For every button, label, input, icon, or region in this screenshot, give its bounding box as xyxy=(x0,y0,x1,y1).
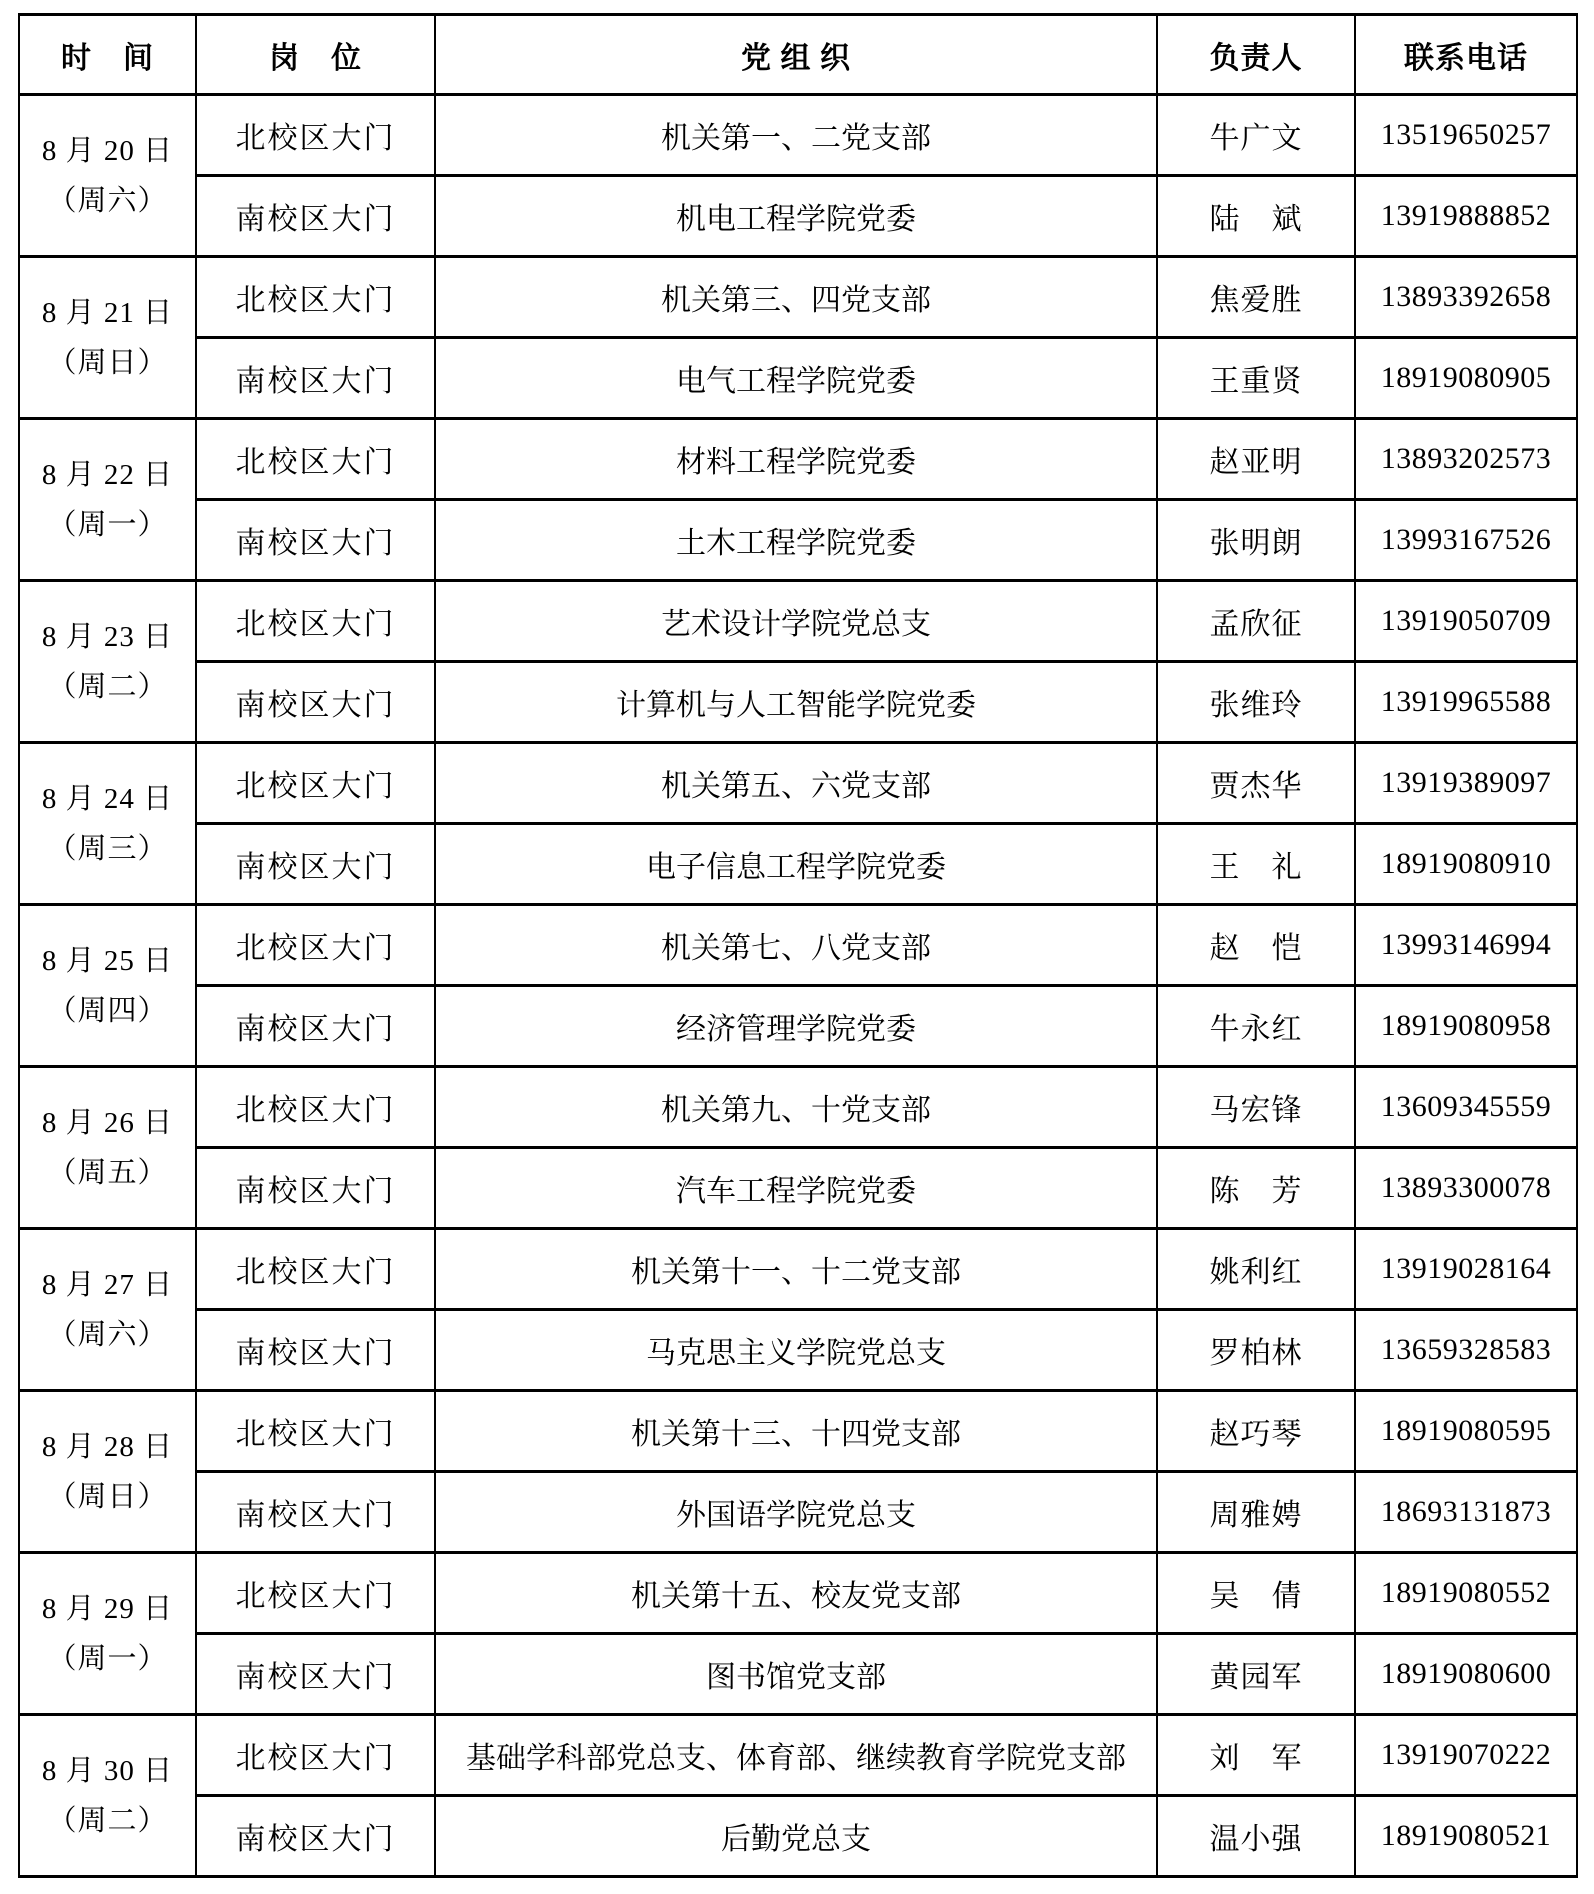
table-row: 南校区大门后勤党总支温小强18919080521 xyxy=(19,1796,1577,1877)
post-cell: 南校区大门 xyxy=(196,1148,435,1229)
weekday-text: （周日） xyxy=(20,338,195,388)
header-cell-person: 负责人 xyxy=(1157,15,1355,95)
time-cell: 8 月 30 日（周二） xyxy=(19,1715,196,1877)
table-row: 8 月 26 日（周五）北校区大门机关第九、十党支部马宏锋13609345559 xyxy=(19,1067,1577,1148)
person-cell: 贾杰华 xyxy=(1157,743,1355,824)
org-cell: 经济管理学院党委 xyxy=(435,986,1157,1067)
post-cell: 南校区大门 xyxy=(196,500,435,581)
phone-cell: 13519650257 xyxy=(1355,95,1577,176)
post-cell: 北校区大门 xyxy=(196,1229,435,1310)
phone-cell: 13609345559 xyxy=(1355,1067,1577,1148)
time-cell: 8 月 29 日（周一） xyxy=(19,1553,196,1715)
person-cell: 刘 军 xyxy=(1157,1715,1355,1796)
phone-cell: 13893392658 xyxy=(1355,257,1577,338)
org-cell: 图书馆党支部 xyxy=(435,1634,1157,1715)
org-cell: 基础学科部党总支、体育部、继续教育学院党支部 xyxy=(435,1715,1157,1796)
person-cell: 陈 芳 xyxy=(1157,1148,1355,1229)
person-cell: 姚利红 xyxy=(1157,1229,1355,1310)
phone-cell: 13919028164 xyxy=(1355,1229,1577,1310)
org-cell: 机关第九、十党支部 xyxy=(435,1067,1157,1148)
post-cell: 北校区大门 xyxy=(196,419,435,500)
post-cell: 北校区大门 xyxy=(196,743,435,824)
time-cell: 8 月 27 日（周六） xyxy=(19,1229,196,1391)
table-row: 南校区大门经济管理学院党委牛永红18919080958 xyxy=(19,986,1577,1067)
phone-cell: 18919080905 xyxy=(1355,338,1577,419)
post-cell: 南校区大门 xyxy=(196,1796,435,1877)
org-cell: 艺术设计学院党总支 xyxy=(435,581,1157,662)
org-cell: 机关第十一、十二党支部 xyxy=(435,1229,1157,1310)
date-text: 8 月 28 日 xyxy=(20,1422,195,1472)
org-cell: 后勤党总支 xyxy=(435,1796,1157,1877)
post-cell: 北校区大门 xyxy=(196,95,435,176)
table-row: 南校区大门土木工程学院党委张明朗13993167526 xyxy=(19,500,1577,581)
person-cell: 焦爱胜 xyxy=(1157,257,1355,338)
person-cell: 周雅娉 xyxy=(1157,1472,1355,1553)
person-cell: 马宏锋 xyxy=(1157,1067,1355,1148)
org-cell: 材料工程学院党委 xyxy=(435,419,1157,500)
post-cell: 北校区大门 xyxy=(196,1553,435,1634)
person-cell: 赵 恺 xyxy=(1157,905,1355,986)
org-cell: 机电工程学院党委 xyxy=(435,176,1157,257)
org-cell: 机关第五、六党支部 xyxy=(435,743,1157,824)
org-cell: 马克思主义学院党总支 xyxy=(435,1310,1157,1391)
phone-cell: 18919080595 xyxy=(1355,1391,1577,1472)
table-row: 8 月 29 日（周一）北校区大门机关第十五、校友党支部吴 倩189190805… xyxy=(19,1553,1577,1634)
table-row: 8 月 30 日（周二）北校区大门基础学科部党总支、体育部、继续教育学院党支部刘… xyxy=(19,1715,1577,1796)
header-cell-phone: 联系电话 xyxy=(1355,15,1577,95)
time-cell: 8 月 26 日（周五） xyxy=(19,1067,196,1229)
table-row: 8 月 28 日（周日）北校区大门机关第十三、十四党支部赵巧琴189190805… xyxy=(19,1391,1577,1472)
post-cell: 南校区大门 xyxy=(196,1472,435,1553)
org-cell: 电气工程学院党委 xyxy=(435,338,1157,419)
phone-cell: 13919965588 xyxy=(1355,662,1577,743)
phone-cell: 13919070222 xyxy=(1355,1715,1577,1796)
phone-cell: 18919080910 xyxy=(1355,824,1577,905)
header-cell-time: 时 间 xyxy=(19,15,196,95)
time-cell: 8 月 23 日（周二） xyxy=(19,581,196,743)
date-text: 8 月 20 日 xyxy=(20,126,195,176)
post-cell: 北校区大门 xyxy=(196,905,435,986)
person-cell: 牛永红 xyxy=(1157,986,1355,1067)
post-cell: 南校区大门 xyxy=(196,662,435,743)
time-cell: 8 月 24 日（周三） xyxy=(19,743,196,905)
table-row: 南校区大门汽车工程学院党委陈 芳13893300078 xyxy=(19,1148,1577,1229)
weekday-text: （周六） xyxy=(20,1310,195,1360)
date-text: 8 月 21 日 xyxy=(20,288,195,338)
table-row: 南校区大门图书馆党支部黄园军18919080600 xyxy=(19,1634,1577,1715)
person-cell: 张明朗 xyxy=(1157,500,1355,581)
weekday-text: （周二） xyxy=(20,662,195,712)
weekday-text: （周六） xyxy=(20,176,195,226)
phone-cell: 13993167526 xyxy=(1355,500,1577,581)
post-cell: 南校区大门 xyxy=(196,1634,435,1715)
phone-cell: 13893202573 xyxy=(1355,419,1577,500)
post-cell: 南校区大门 xyxy=(196,824,435,905)
document-page: 时 间 岗 位 党 组 织 负责人 联系电话 8 月 20 日（周六）北校区大门… xyxy=(0,0,1594,1894)
person-cell: 张维玲 xyxy=(1157,662,1355,743)
org-cell: 机关第十三、十四党支部 xyxy=(435,1391,1157,1472)
table-row: 8 月 23 日（周二）北校区大门艺术设计学院党总支孟欣征13919050709 xyxy=(19,581,1577,662)
weekday-text: （周一） xyxy=(20,1634,195,1684)
phone-cell: 18919080552 xyxy=(1355,1553,1577,1634)
date-text: 8 月 23 日 xyxy=(20,612,195,662)
post-cell: 北校区大门 xyxy=(196,581,435,662)
table-row: 南校区大门外国语学院党总支周雅娉18693131873 xyxy=(19,1472,1577,1553)
date-text: 8 月 29 日 xyxy=(20,1584,195,1634)
weekday-text: （周四） xyxy=(20,986,195,1036)
header-cell-post: 岗 位 xyxy=(196,15,435,95)
person-cell: 赵亚明 xyxy=(1157,419,1355,500)
weekday-text: （周二） xyxy=(20,1796,195,1846)
person-cell: 牛广文 xyxy=(1157,95,1355,176)
weekday-text: （周五） xyxy=(20,1148,195,1198)
org-cell: 机关第三、四党支部 xyxy=(435,257,1157,338)
table-row: 8 月 20 日（周六）北校区大门机关第一、二党支部牛广文13519650257 xyxy=(19,95,1577,176)
weekday-text: （周日） xyxy=(20,1472,195,1522)
table-row: 南校区大门电气工程学院党委王重贤18919080905 xyxy=(19,338,1577,419)
table-row: 南校区大门计算机与人工智能学院党委张维玲13919965588 xyxy=(19,662,1577,743)
phone-cell: 13659328583 xyxy=(1355,1310,1577,1391)
table-row: 8 月 27 日（周六）北校区大门机关第十一、十二党支部姚利红139190281… xyxy=(19,1229,1577,1310)
post-cell: 南校区大门 xyxy=(196,986,435,1067)
person-cell: 罗柏林 xyxy=(1157,1310,1355,1391)
phone-cell: 13893300078 xyxy=(1355,1148,1577,1229)
table-row: 8 月 22 日（周一）北校区大门材料工程学院党委赵亚明13893202573 xyxy=(19,419,1577,500)
date-text: 8 月 22 日 xyxy=(20,450,195,500)
phone-cell: 13993146994 xyxy=(1355,905,1577,986)
org-cell: 汽车工程学院党委 xyxy=(435,1148,1157,1229)
post-cell: 南校区大门 xyxy=(196,1310,435,1391)
post-cell: 北校区大门 xyxy=(196,1391,435,1472)
time-cell: 8 月 20 日（周六） xyxy=(19,95,196,257)
table-row: 南校区大门电子信息工程学院党委王 礼18919080910 xyxy=(19,824,1577,905)
duty-schedule-table: 时 间 岗 位 党 组 织 负责人 联系电话 8 月 20 日（周六）北校区大门… xyxy=(18,13,1578,1878)
table-body: 8 月 20 日（周六）北校区大门机关第一、二党支部牛广文13519650257… xyxy=(19,95,1577,1877)
phone-cell: 18919080521 xyxy=(1355,1796,1577,1877)
person-cell: 陆 斌 xyxy=(1157,176,1355,257)
phone-cell: 13919389097 xyxy=(1355,743,1577,824)
time-cell: 8 月 25 日（周四） xyxy=(19,905,196,1067)
person-cell: 吴 倩 xyxy=(1157,1553,1355,1634)
org-cell: 电子信息工程学院党委 xyxy=(435,824,1157,905)
person-cell: 王 礼 xyxy=(1157,824,1355,905)
table-row: 南校区大门马克思主义学院党总支罗柏林13659328583 xyxy=(19,1310,1577,1391)
table-row: 8 月 24 日（周三）北校区大门机关第五、六党支部贾杰华13919389097 xyxy=(19,743,1577,824)
phone-cell: 13919050709 xyxy=(1355,581,1577,662)
time-cell: 8 月 21 日（周日） xyxy=(19,257,196,419)
header-row: 时 间 岗 位 党 组 织 负责人 联系电话 xyxy=(19,15,1577,95)
phone-cell: 18919080958 xyxy=(1355,986,1577,1067)
table-row: 南校区大门机电工程学院党委陆 斌13919888852 xyxy=(19,176,1577,257)
weekday-text: （周三） xyxy=(20,824,195,874)
post-cell: 南校区大门 xyxy=(196,338,435,419)
date-text: 8 月 24 日 xyxy=(20,774,195,824)
person-cell: 孟欣征 xyxy=(1157,581,1355,662)
post-cell: 南校区大门 xyxy=(196,176,435,257)
post-cell: 北校区大门 xyxy=(196,1067,435,1148)
phone-cell: 18919080600 xyxy=(1355,1634,1577,1715)
org-cell: 外国语学院党总支 xyxy=(435,1472,1157,1553)
date-text: 8 月 25 日 xyxy=(20,936,195,986)
org-cell: 机关第七、八党支部 xyxy=(435,905,1157,986)
table-row: 8 月 21 日（周日）北校区大门机关第三、四党支部焦爱胜13893392658 xyxy=(19,257,1577,338)
phone-cell: 18693131873 xyxy=(1355,1472,1577,1553)
table-header: 时 间 岗 位 党 组 织 负责人 联系电话 xyxy=(19,15,1577,95)
date-text: 8 月 30 日 xyxy=(20,1746,195,1796)
person-cell: 温小强 xyxy=(1157,1796,1355,1877)
person-cell: 黄园军 xyxy=(1157,1634,1355,1715)
org-cell: 计算机与人工智能学院党委 xyxy=(435,662,1157,743)
date-text: 8 月 26 日 xyxy=(20,1098,195,1148)
phone-cell: 13919888852 xyxy=(1355,176,1577,257)
time-cell: 8 月 22 日（周一） xyxy=(19,419,196,581)
org-cell: 土木工程学院党委 xyxy=(435,500,1157,581)
post-cell: 北校区大门 xyxy=(196,257,435,338)
person-cell: 赵巧琴 xyxy=(1157,1391,1355,1472)
org-cell: 机关第一、二党支部 xyxy=(435,95,1157,176)
time-cell: 8 月 28 日（周日） xyxy=(19,1391,196,1553)
table-row: 8 月 25 日（周四）北校区大门机关第七、八党支部赵 恺13993146994 xyxy=(19,905,1577,986)
org-cell: 机关第十五、校友党支部 xyxy=(435,1553,1157,1634)
person-cell: 王重贤 xyxy=(1157,338,1355,419)
post-cell: 北校区大门 xyxy=(196,1715,435,1796)
header-cell-org: 党 组 织 xyxy=(435,15,1157,95)
date-text: 8 月 27 日 xyxy=(20,1260,195,1310)
weekday-text: （周一） xyxy=(20,500,195,550)
